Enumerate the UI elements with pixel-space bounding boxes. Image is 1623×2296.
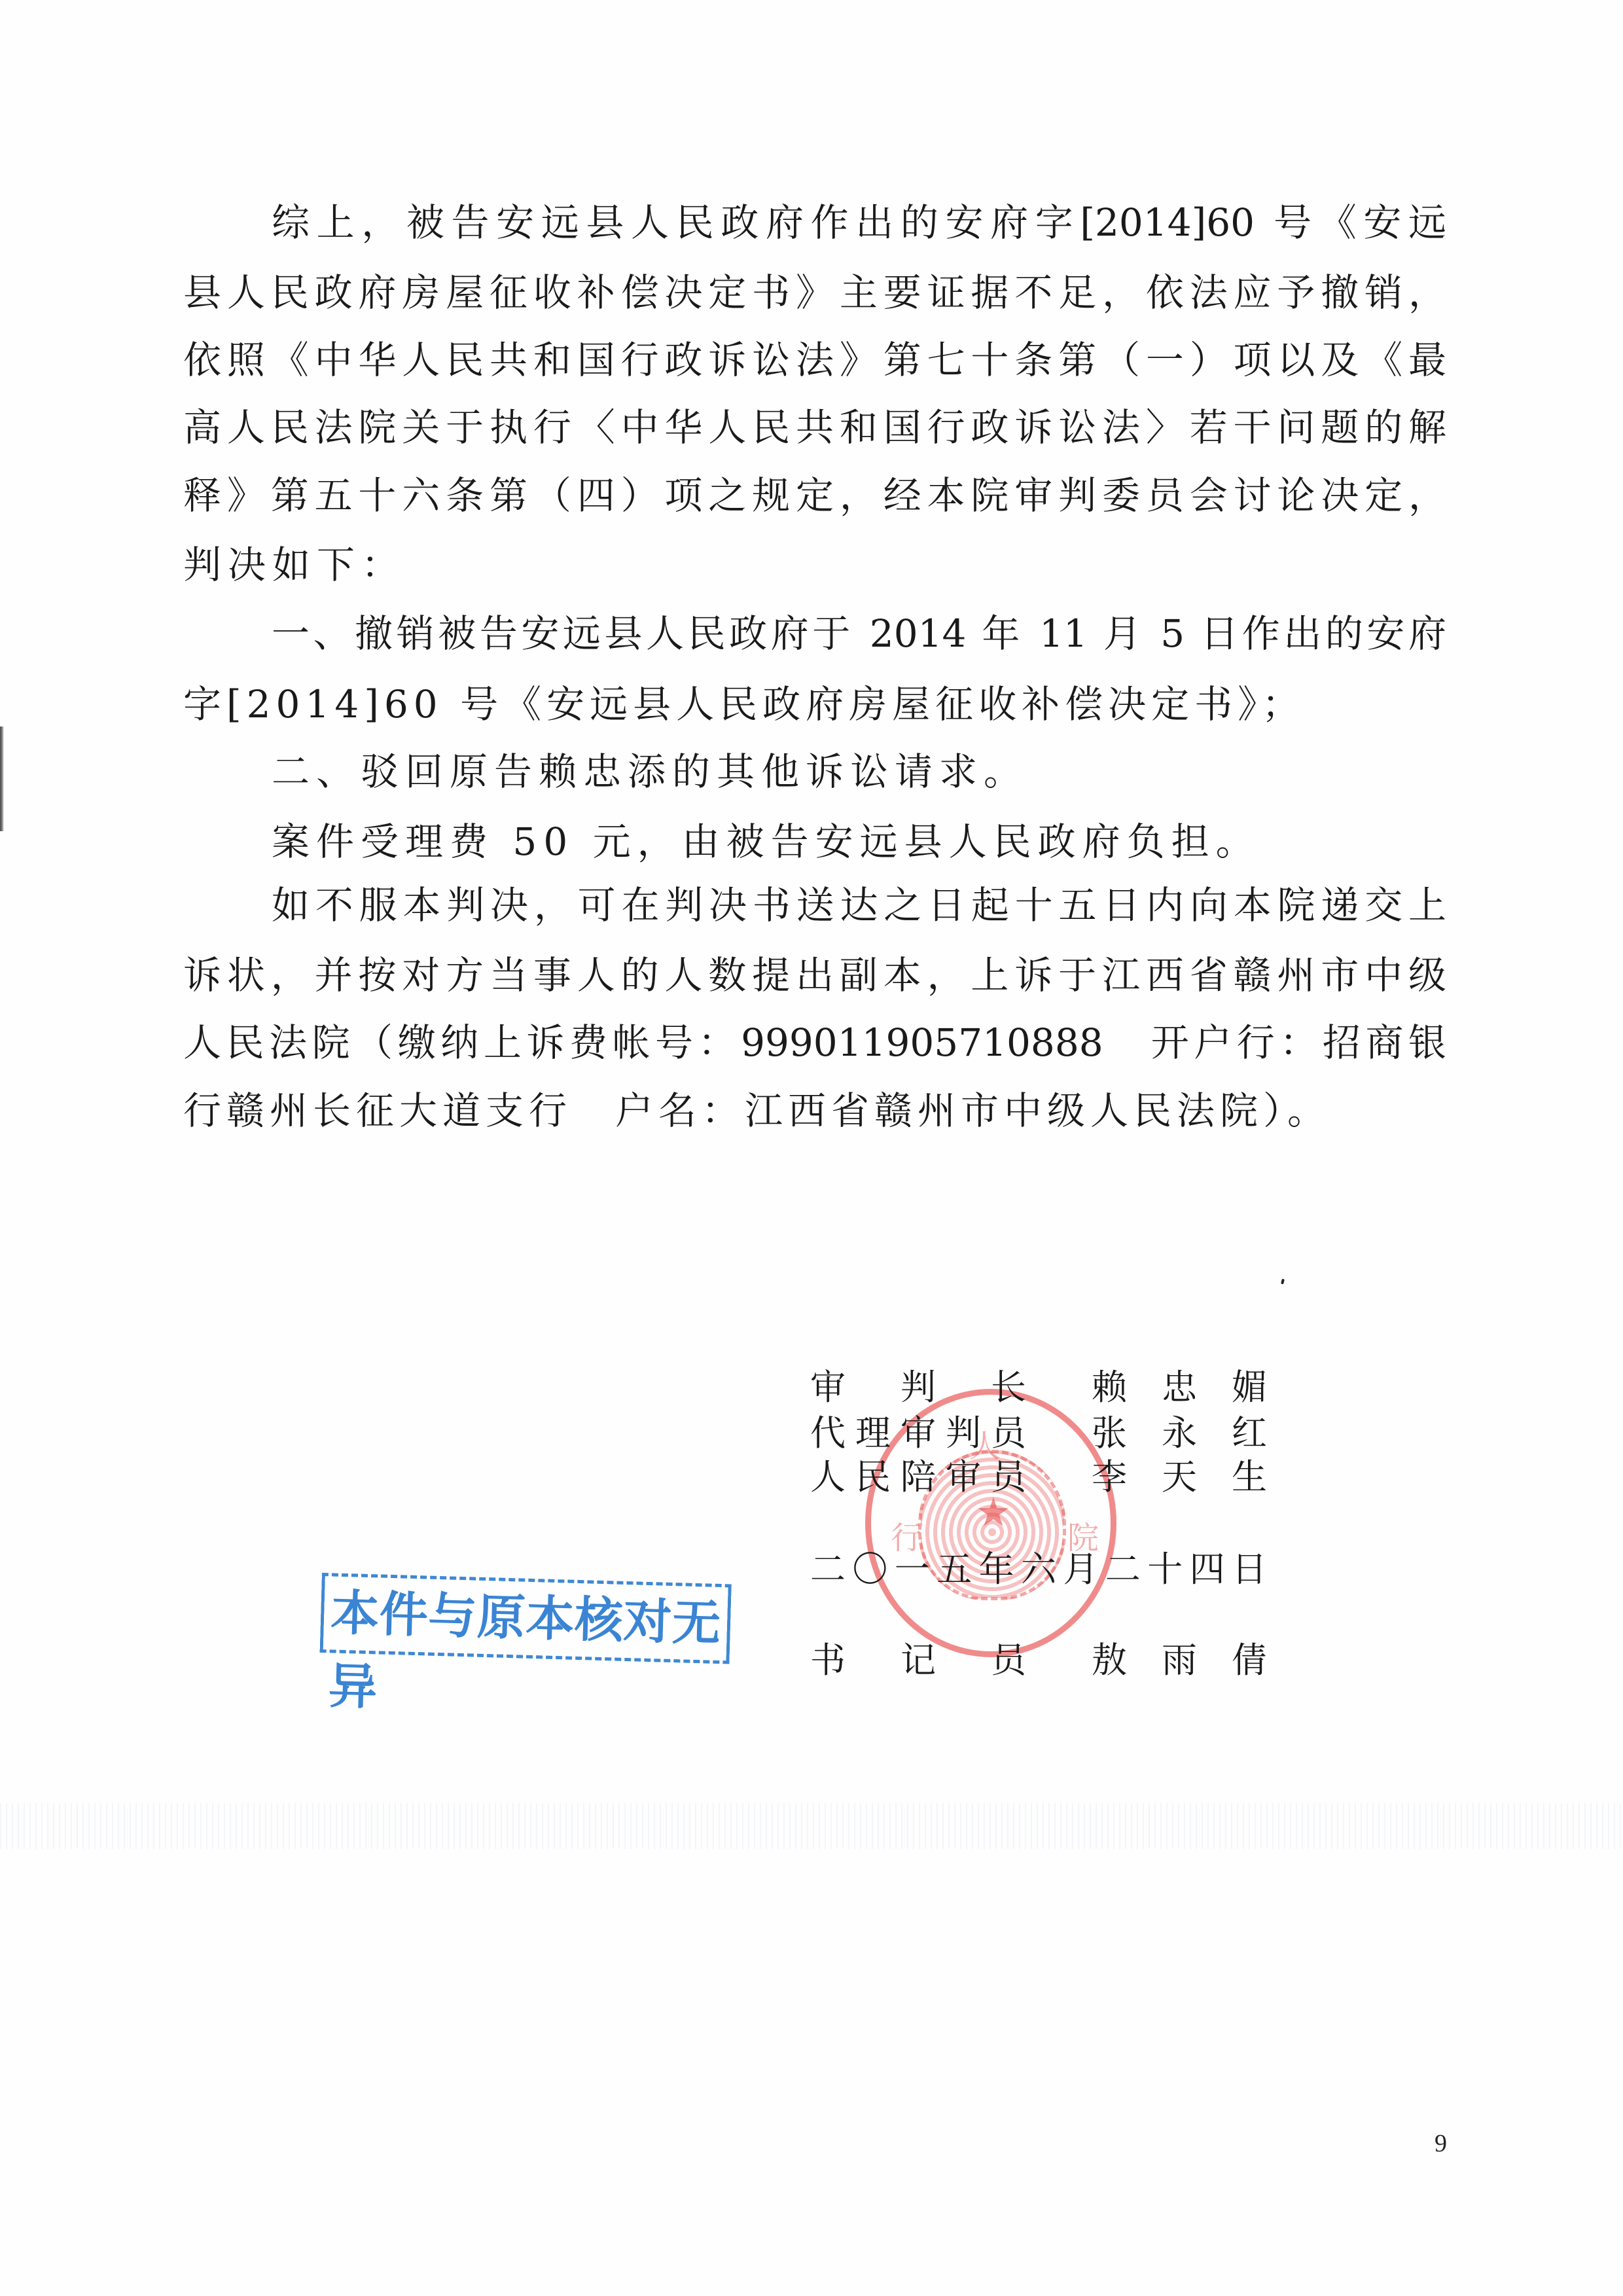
signature-role-acting-judge: 代理审判员 — [810, 1410, 1026, 1456]
signature-name-acting-judge: 张永红 — [1092, 1410, 1267, 1456]
clerk-role: 书记员 — [810, 1638, 1026, 1683]
scan-speck — [1281, 1279, 1285, 1285]
court-fee-line: 案件受理费 50 元，由被告安远县人民政府负担。 — [272, 816, 1446, 868]
signature-name-presiding-judge: 赖忠媚 — [1092, 1365, 1267, 1410]
signature-role-presiding-judge: 审判长 — [810, 1365, 1026, 1410]
page-number: 9 — [1435, 2127, 1447, 2160]
body-line-3: 依照《中华人民共和国行政诉讼法》第七十条第（一）项以及《最 — [183, 334, 1446, 386]
scan-edge-artifact — [0, 726, 4, 831]
judgment-item-2: 二、驳回原告赖忠添的其他诉讼请求。 — [272, 745, 1446, 798]
signature-role-juror: 人民陪审员 — [810, 1454, 1026, 1500]
clerk-name: 敖雨倩 — [1092, 1638, 1267, 1683]
appeal-line-2: 诉状，并按对方当事人的人数提出副本，上诉于江西省赣州市中级 — [183, 949, 1446, 1001]
appeal-line-4: 行赣州长征大道支行 户名：江西省赣州市中级人民法院）。 — [183, 1085, 1446, 1137]
judgment-item-1-line-2: 字[2014]60 号《安远县人民政府房屋征收补偿决定书》； — [183, 678, 1446, 730]
judgment-item-1-line-1: 一、撤销被告安远县人民政府于 2014 年 11 月 5 日作出的安府 — [272, 607, 1446, 660]
judgment-date: 二〇一五年六月二十四日 — [810, 1547, 1267, 1592]
certification-stamp: 本件与原本核对无异 — [320, 1573, 732, 1664]
appeal-line-1: 如不服本判决，可在判决书送达之日起十五日内向本院递交上 — [272, 879, 1446, 931]
document-page: 综上，被告安远县人民政府作出的安府字[2014]60 号《安远 县人民政府房屋征… — [0, 0, 1623, 2296]
body-line-1: 综上，被告安远县人民政府作出的安府字[2014]60 号《安远 — [272, 196, 1446, 249]
body-line-5: 释》第五十六条第（四）项之规定，经本院审判委员会讨论决定， — [183, 469, 1446, 522]
body-line-6: 判决如下： — [183, 539, 1446, 591]
appeal-line-3: 人民法院（缴纳上诉费帐号：999011905710888 开户行：招商银 — [183, 1016, 1446, 1069]
body-line-4: 高人民法院关于执行〈中华人民共和国行政诉讼法〉若干问题的解 — [183, 401, 1446, 454]
signature-name-juror: 李天生 — [1092, 1454, 1267, 1500]
scan-noise-band — [0, 1803, 1623, 1849]
body-line-2: 县人民政府房屋征收补偿决定书》主要证据不足，依法应予撤销， — [183, 266, 1446, 319]
